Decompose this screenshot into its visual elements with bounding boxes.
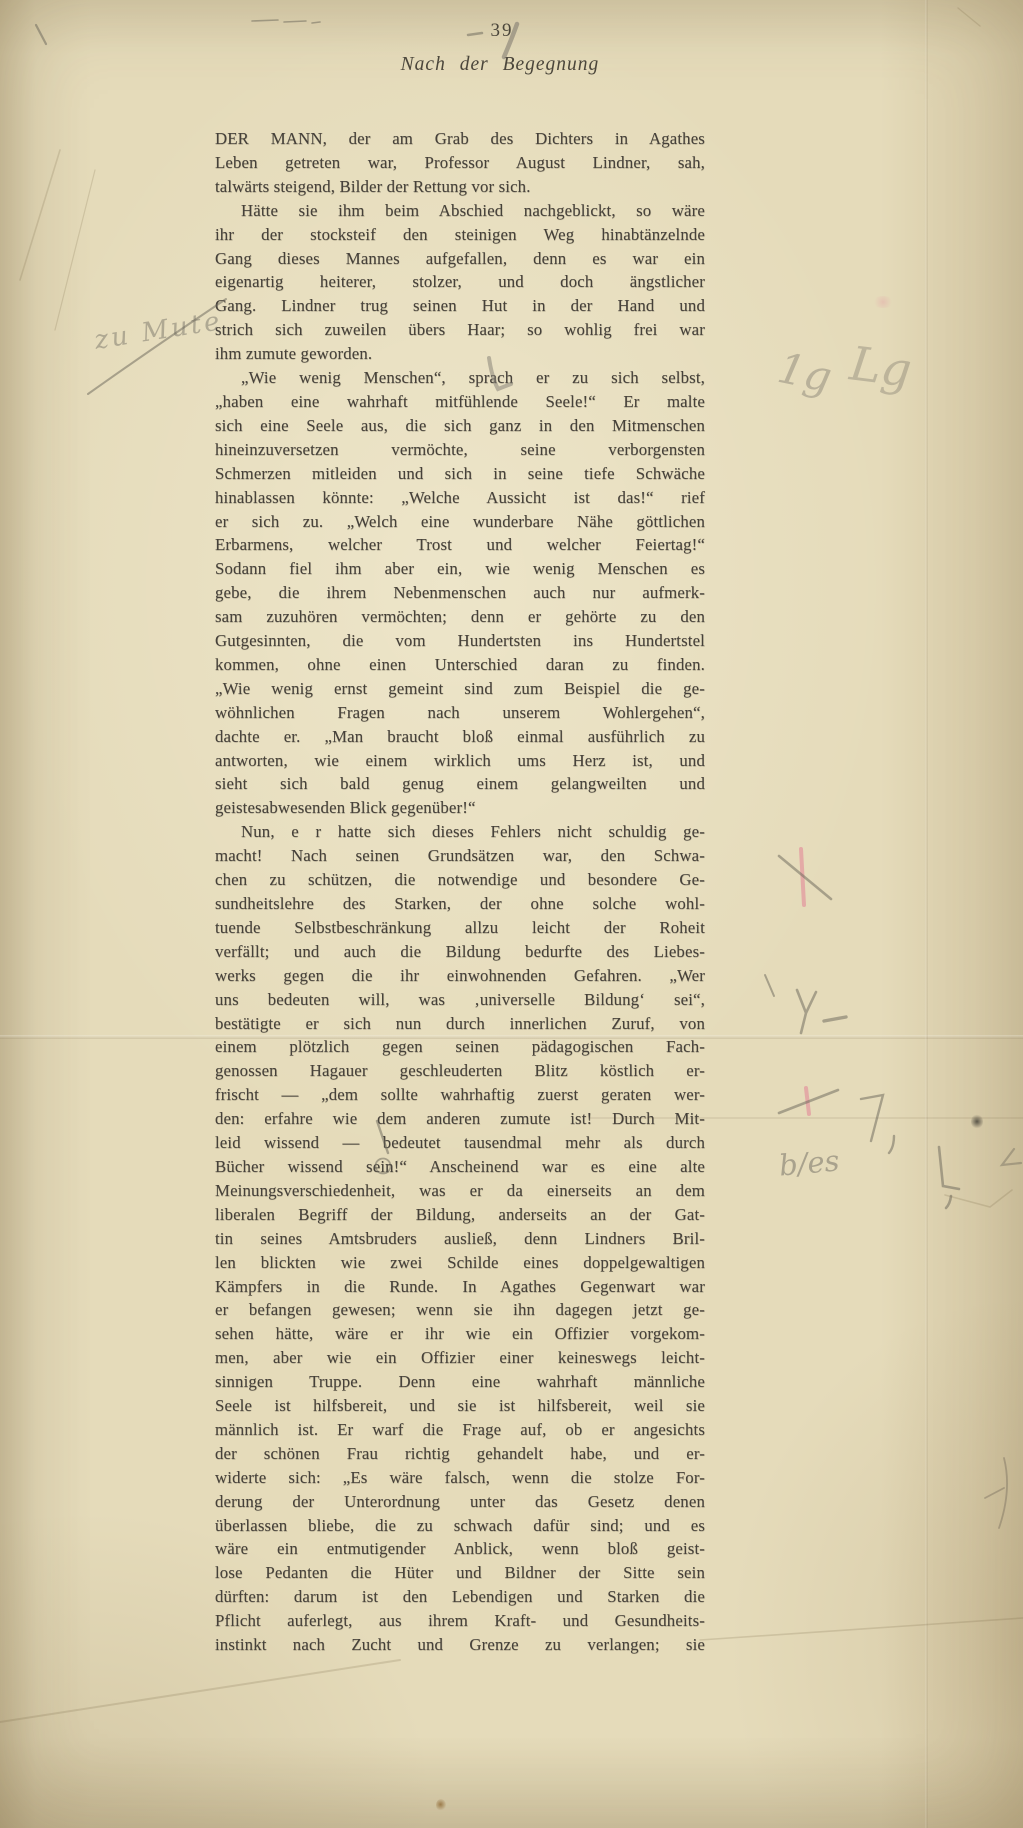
text-line: ihr der stocksteif den steinigen Weg hin… [215, 223, 705, 247]
paragraph: Hätte sie ihm beim Abschied nachgeblickt… [215, 199, 705, 366]
text-line: men, aber wie ein Offizier einer keinesw… [215, 1346, 705, 1370]
text-line: „haben eine wahrhaft mitfühlende Seele!“… [215, 390, 705, 414]
text-line: Bücher wissend sein!“ Anscheinend war es… [215, 1155, 705, 1179]
text-line: sich eine Seele aus, die sich ganz in de… [215, 414, 705, 438]
crease-top-right [958, 8, 980, 26]
text-line: Erbarmens, welcher Trost und welcher Fei… [215, 533, 705, 557]
text-line: werks gegen die ihr einwohnenden Gefahre… [215, 964, 705, 988]
pencil-word-right-margin: b/es [778, 1143, 841, 1182]
pencil-comma-mark [889, 1136, 894, 1153]
text-line: tin seines Amtsbruders ausließ, denn Lin… [215, 1227, 705, 1251]
text-line: uns bedeuten will, was ‚universelle Bild… [215, 988, 705, 1012]
text-line: überlassen bliebe, die zu schwach dafür … [215, 1514, 705, 1538]
text-line: DER MANN, der am Grab des Dichters in Ag… [215, 127, 705, 151]
text-line: ihm zumute geworden. [215, 342, 705, 366]
text-line: sinnigen Truppe. Denn eine wahrhaft männ… [215, 1370, 705, 1394]
text-line: gebe, die ihrem Nebenmenschen auch nur a… [215, 581, 705, 605]
text-line: sam zuzuhören vermöchten; denn er gehört… [215, 605, 705, 629]
text-line: sehen hätte, wäre er ihr wie ein Offizie… [215, 1322, 705, 1346]
text-line: talwärts steigend, Bilder der Rettung vo… [215, 175, 705, 199]
text-line: Sodann fiel ihm aber ein, wie wenig Mens… [215, 557, 705, 581]
text-line: wöhnlichen Fragen nach unserem Wohlergeh… [215, 701, 705, 725]
chapter-title: Nach der Begegnung [0, 54, 1000, 76]
text-line: Nun, e r hatte sich dieses Fehlers nicht… [215, 820, 705, 844]
text-line: dachte er. „Man braucht bloß einmal ausf… [215, 725, 705, 749]
text-line: antworten, wie einem wirklich ums Herz i… [215, 749, 705, 773]
pencil-dashes-top [252, 20, 320, 23]
pencil-l-mark [939, 1147, 959, 1208]
text-line: Pflicht auferlegt, aus ihrem Kraft- und … [215, 1609, 705, 1633]
text-line: hineinzuversetzen vermöchte, seine verbo… [215, 438, 705, 462]
text-line: liberalen Begriff der Bildung, anderseit… [215, 1203, 705, 1227]
crease-bottom-right [700, 1618, 1023, 1640]
text-line: lose Pedanten die Hüter und Bildner der … [215, 1561, 705, 1585]
text-line: Kämpfers in die Runde. In Agathes Gegenw… [215, 1275, 705, 1299]
text-line: leid wissend — bedeutet tausendmal mehr … [215, 1131, 705, 1155]
text-line: kommen, ohne einen Unterschied daran zu … [215, 653, 705, 677]
text-line: derung der Unterordnung unter das Gesetz… [215, 1490, 705, 1514]
pencil-backslash-left [36, 25, 46, 44]
text-line: Leben getreten war, Professor August Lin… [215, 151, 705, 175]
pencil-dash-mark [824, 1017, 846, 1021]
text-line: sieht sich bald genug einem gelangweilte… [215, 772, 705, 796]
text-line: er befangen gewesen; wenn sie ihn dagege… [215, 1298, 705, 1322]
text-line: Gang. Lindner trug seinen Hut in der Han… [215, 294, 705, 318]
text-line: eigenartig heiterer, stolzer, und doch ä… [215, 270, 705, 294]
page-number: 39 [452, 20, 552, 42]
text-line: hinablassen könnte: „Welche Aussicht ist… [215, 486, 705, 510]
scanned-book-page: 39 Nach der Begegnung DER MANN, der am G… [0, 0, 1023, 1828]
text-line: Schmerzen mitleiden und sich in seine ti… [215, 462, 705, 486]
text-line: macht! Nach seinen Grundsätzen war, den … [215, 844, 705, 868]
text-line: verfällt; und auch die Bildung bedurfte … [215, 940, 705, 964]
text-line: frischt — „dem sollte wahrhaftig zuerst … [215, 1083, 705, 1107]
text-line: geistesabwesenden Blick gegenüber!“ [215, 796, 705, 820]
text-line: einem plötzlich gegen seinen pädagogisch… [215, 1035, 705, 1059]
text-line: chen zu schützen, die notwendige und bes… [215, 868, 705, 892]
pencil-scribble-right-1: 1g [773, 343, 836, 402]
text-line: Gutgesinnten, die vom Hundertsten ins Hu… [215, 629, 705, 653]
text-line: Hätte sie ihm beim Abschied nachgeblickt… [215, 199, 705, 223]
text-line: der schönen Frau richtig gehandelt habe,… [215, 1442, 705, 1466]
pencil-scribble-right-2: Lg [847, 336, 915, 398]
paragraph: Nun, e r hatte sich dieses Fehlers nicht… [215, 820, 705, 1657]
crease-right-y [985, 1458, 1007, 1528]
crease-left-1 [20, 150, 60, 280]
text-line: männlich ist. Er warf die Frage auf, ob … [215, 1418, 705, 1442]
text-line: bestätigte er sich nun durch innerlichen… [215, 1012, 705, 1036]
text-line: den: erfahre wie dem anderen zumute ist!… [215, 1107, 705, 1131]
pencil-diagonal-2 [779, 1090, 838, 1113]
pencil-slash-left-margin [88, 299, 226, 394]
text-line: Seele ist hilfsbereit, und sie ist hilfs… [215, 1394, 705, 1418]
text-line: dürften: darum ist den Lebendigen und St… [215, 1585, 705, 1609]
text-column: DER MANN, der am Grab des Dichters in Ag… [215, 127, 705, 1657]
crease-bottom-left [0, 1660, 400, 1722]
vertical-fold-crease [925, 0, 928, 1828]
text-line: er sich zu. „Welch eine wunderbare Nähe … [215, 510, 705, 534]
text-line: „Wie wenig Menschen“, sprach er zu sich … [215, 366, 705, 390]
text-line: „Wie wenig ernst gemeint sind zum Beispi… [215, 677, 705, 701]
text-line: len blickten wie zwei Schilde eines dopp… [215, 1251, 705, 1275]
paragraph: „Wie wenig Menschen“, sprach er zu sich … [215, 366, 705, 820]
pencil-tick-small [765, 975, 774, 996]
text-line: Gang dieses Mannes aufgefallen, denn es … [215, 247, 705, 271]
text-line: instinkt nach Zucht und Grenze zu verlan… [215, 1633, 705, 1657]
crease-left-2 [55, 170, 95, 330]
pink-smudge [872, 296, 894, 308]
pencil-seven-mark [861, 1095, 883, 1141]
pencil-diagonal-1 [779, 856, 831, 899]
pencil-y-mark [797, 990, 816, 1033]
text-line: widerte sich: „Es wäre falsch, wenn die … [215, 1466, 705, 1490]
paragraph: DER MANN, der am Grab des Dichters in Ag… [215, 127, 705, 199]
text-line: Meinungsverschiedenheit, was er da einer… [215, 1179, 705, 1203]
text-line: genossen Hagauer geschleuderten Blitz kö… [215, 1059, 705, 1083]
text-line: strich sich zuweilen übers Haar; so wohl… [215, 318, 705, 342]
pencil-edge-mark [1002, 1149, 1021, 1165]
pink-stroke-2 [806, 1088, 809, 1114]
pencil-scribble-left-margin: zu Mute [92, 306, 224, 356]
crease-right-1 [945, 1190, 1012, 1207]
text-line: sundheitslehre des Starken, der ohne sol… [215, 892, 705, 916]
text-line: wäre ein entmutigender Anblick, wenn blo… [215, 1537, 705, 1561]
text-line: tuende Selbstbeschränkung allzu leicht d… [215, 916, 705, 940]
pink-stroke-1 [801, 849, 804, 905]
paper-stain [436, 1799, 446, 1811]
dark-smudge [971, 1114, 983, 1129]
